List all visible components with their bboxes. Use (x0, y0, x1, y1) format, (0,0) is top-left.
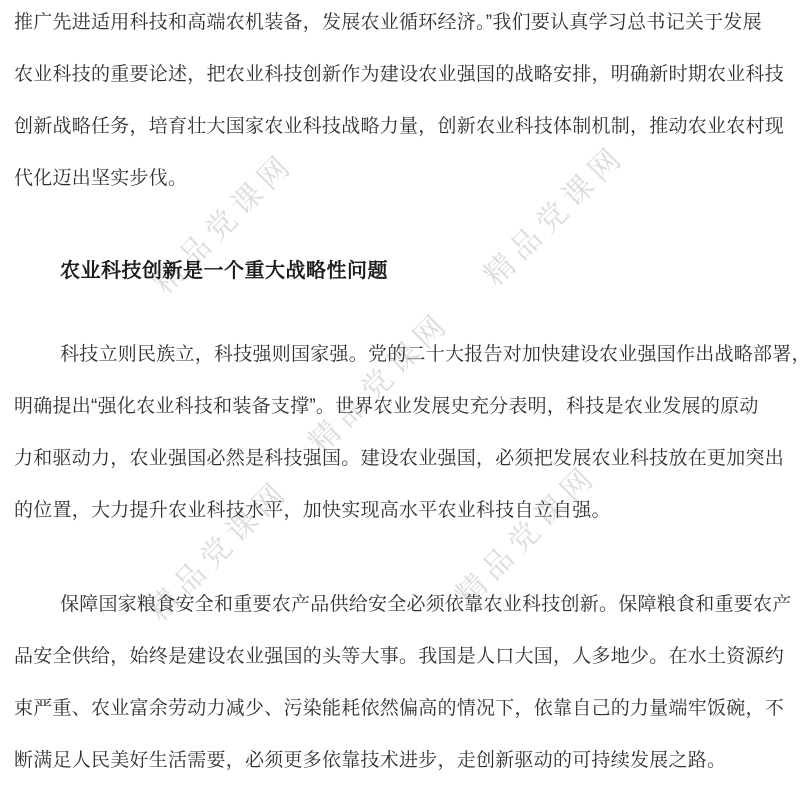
text-line: 品安全供给，始终是建设农业强国的头等大事。我国是人口大国，人多地少。在水土资源约 (14, 631, 786, 683)
text-line: 代化迈出坚实步伐。 (14, 153, 786, 205)
text-line: 推广先进适用科技和高端农机装备，发展农业循环经济。”我们要认真学习总书记关于发展 (14, 0, 786, 49)
text-line: 农业科技的重要论述，把农业科技创新作为建设农业强国的战略安排，明确新时期农业科技 (14, 49, 786, 101)
paragraph: 推广先进适用科技和高端农机装备，发展农业循环经济。”我们要认真学习总书记关于发展… (14, 0, 786, 205)
text-line: 明确提出“强化农业科技和装备支撑”。世界农业发展史充分表明，科技是农业发展的原动 (14, 381, 786, 433)
text-line: 束严重、农业富余劳动力减少、污染能耗依然偏高的情况下，依靠自己的力量端牢饭碗，不 (14, 683, 786, 735)
text-line: 断满足人民美好生活需要，必须更多依靠技术进步，走创新驱动的可持续发展之路。 (14, 735, 786, 787)
paragraph: 保障国家粮食安全和重要农产品供给安全必须依靠农业科技创新。保障粮食和重要农产品安… (14, 579, 786, 787)
section-heading: 农业科技创新是一个重大战略性问题 (14, 245, 786, 297)
text-line: 创新战略任务，培育壮大国家农业科技战略力量，创新农业科技体制机制，推动农业农村现 (14, 101, 786, 153)
text-line: 的位置，大力提升农业科技水平，加快实现高水平农业科技自立自强。 (14, 485, 786, 537)
document-body: 推广先进适用科技和高端农机装备，发展农业循环经济。”我们要认真学习总书记关于发展… (0, 0, 800, 800)
text-line: 科技立则民族立，科技强则国家强。党的二十大报告对加快建设农业强国作出战略部署， (14, 329, 786, 381)
paragraph: 科技立则民族立，科技强则国家强。党的二十大报告对加快建设农业强国作出战略部署，明… (14, 329, 786, 537)
text-line: 保障国家粮食安全和重要农产品供给安全必须依靠农业科技创新。保障粮食和重要农产 (14, 579, 786, 631)
document-page: 精品党课网 精品党课网 精品党课网 精品党课网 精品党课网 推广先进适用科技和高… (0, 0, 800, 800)
text-line: 力和驱动力，农业强国必然是科技强国。建设农业强国，必须把发展农业科技放在更加突出 (14, 433, 786, 485)
